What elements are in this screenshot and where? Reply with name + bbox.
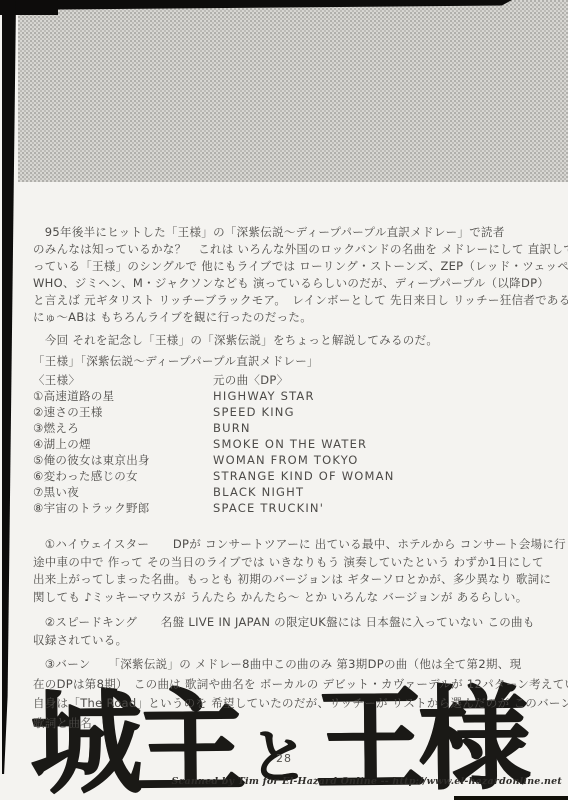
- note-line: 在のDPは第8期） この曲は 歌詞や曲名を ボーカルの デビット・カヴァーデルが…: [33, 675, 557, 695]
- note-burn: ③バーン 「深紫伝説」の メドレー8曲中この曲のみ 第3期DPの曲（他は全て第2…: [33, 655, 557, 733]
- track-title-en: STRANGE KIND OF WOMAN: [213, 468, 557, 484]
- track-number: ⑤: [33, 453, 44, 467]
- track-title-jp: 俺の彼女は東京出身: [44, 453, 150, 467]
- column-header-dp: 元の曲〈DP〉: [213, 372, 557, 388]
- note-line: 出来上がってしまった名曲。もっとも 初期のバージョンは ギターソロとかが、多少異…: [33, 571, 557, 589]
- scanner-watermark: Scanned by Tim for El-Hazard Online -- h…: [171, 776, 562, 787]
- medley-heading: 「王様」「深紫伝説〜ディープパープル直訳メドレー」: [33, 353, 557, 370]
- page-number: 28: [0, 752, 568, 765]
- intro-line: っている「王様」のシングルで 他にもライブでは ローリング・ストーンズ、ZEP（…: [33, 258, 557, 275]
- body-text: 95年後半にヒットした「王様」の「深紫伝説〜ディープパープル直訳メドレー」で読者…: [33, 224, 557, 733]
- note-line: 歌詞と曲名: [33, 714, 557, 734]
- track-title-en: BURN: [213, 420, 557, 436]
- track-title-jp: 速さの王様: [44, 405, 103, 419]
- note-speed-king: ②スピードキング 名盤 LIVE IN JAPAN の限定UK盤には 日本盤に入…: [33, 614, 557, 649]
- track-osama-title: ⑤俺の彼女は東京出身: [33, 452, 213, 468]
- track-number: ③: [33, 421, 44, 435]
- intro-line: WHO、ジミヘン、M・ジャクソンなども 演っているらしいのだが、ディープパープル…: [33, 275, 557, 292]
- track-title-en: WOMAN FROM TOKYO: [213, 452, 557, 468]
- track-osama-title: ①高速道路の星: [33, 388, 213, 404]
- track-osama-title: ⑥変わった感じの女: [33, 468, 213, 484]
- column-header-osama: 〈王様〉: [33, 372, 213, 388]
- note-line: 収録されている。: [33, 632, 557, 650]
- track-title-jp: 湖上の煙: [44, 437, 91, 451]
- note-line: ①ハイウェイスター DPが コンサートツアーに 出ている最中、ホテルから コンサ…: [33, 536, 557, 554]
- note-highway-star: ①ハイウェイスター DPが コンサートツアーに 出ている最中、ホテルから コンサ…: [33, 536, 557, 606]
- track-title-jp: 黒い夜: [44, 485, 79, 499]
- track-number: ⑦: [33, 485, 44, 499]
- track-title-jp: 宇宙のトラック野郎: [44, 501, 150, 515]
- track-title-en: HIGHWAY STAR: [213, 388, 557, 404]
- track-osama-title: ③燃えろ: [33, 420, 213, 436]
- track-osama-title: ②速さの王様: [33, 404, 213, 420]
- tracklist-table: 〈王様〉 元の曲〈DP〉 ①高速道路の星 HIGHWAY STAR ②速さの王様…: [33, 372, 557, 516]
- track-number: ①: [33, 389, 44, 403]
- halftone-title-band: [18, 0, 568, 182]
- note-line: ③バーン 「深紫伝説」の メドレー8曲中この曲のみ 第3期DPの曲（他は全て第2…: [33, 655, 557, 675]
- track-number: ⑥: [33, 469, 44, 483]
- track-title-jp: 燃えろ: [44, 421, 79, 435]
- intro-line: にゅ〜ABは もちろんライブを観に行ったのだった。: [33, 309, 557, 326]
- track-title-en: SPEED KING: [213, 404, 557, 420]
- track-osama-title: ④湖上の煙: [33, 436, 213, 452]
- commemoration-line: 今回 それを記念し「王様」の「深紫伝説」をちょっと解説してみるのだ。: [33, 332, 557, 349]
- intro-paragraph: 95年後半にヒットした「王様」の「深紫伝説〜ディープパープル直訳メドレー」で読者…: [33, 224, 557, 326]
- track-title-en: BLACK NIGHT: [213, 484, 557, 500]
- track-number: ④: [33, 437, 44, 451]
- track-title-jp: 高速道路の星: [44, 389, 115, 403]
- note-line: ②スピードキング 名盤 LIVE IN JAPAN の限定UK盤には 日本盤に入…: [33, 614, 557, 632]
- track-title-en: SMOKE ON THE WATER: [213, 436, 557, 452]
- track-number: ②: [33, 405, 44, 419]
- track-osama-title: ⑦黒い夜: [33, 484, 213, 500]
- track-number: ⑧: [33, 501, 44, 515]
- scanned-doujinshi-page: 城主 と 王様 95年後半にヒットした「王様」の「深紫伝説〜ディープパープル直訳…: [0, 0, 568, 800]
- note-line: 関しても ♪ミッキーマウスが うんたら かんたら〜 とか いろんな バージョンが…: [33, 589, 557, 607]
- note-line: 自身は「The Road」というのを 希望していたのだが、リッチーが リストから…: [33, 694, 557, 714]
- track-title-en: SPACE TRUCKIN': [213, 500, 557, 516]
- track-notes: ①ハイウェイスター DPが コンサートツアーに 出ている最中、ホテルから コンサ…: [33, 536, 557, 733]
- intro-line: 95年後半にヒットした「王様」の「深紫伝説〜ディープパープル直訳メドレー」で読者: [33, 224, 557, 241]
- note-line: 途中車の中で 作って その当日のライブでは いきなりもう 演奏していたという わ…: [33, 554, 557, 572]
- intro-line: のみんなは知っているかな？ これは いろんな外国のロックバンドの名曲を メドレー…: [33, 241, 557, 258]
- intro-line: と言えば 元ギタリスト リッチーブラックモア。 レインボーとして 先日来日し リ…: [33, 292, 557, 309]
- scan-edge-left: [2, 0, 16, 774]
- track-title-jp: 変わった感じの女: [44, 469, 138, 483]
- track-osama-title: ⑧宇宙のトラック野郎: [33, 500, 213, 516]
